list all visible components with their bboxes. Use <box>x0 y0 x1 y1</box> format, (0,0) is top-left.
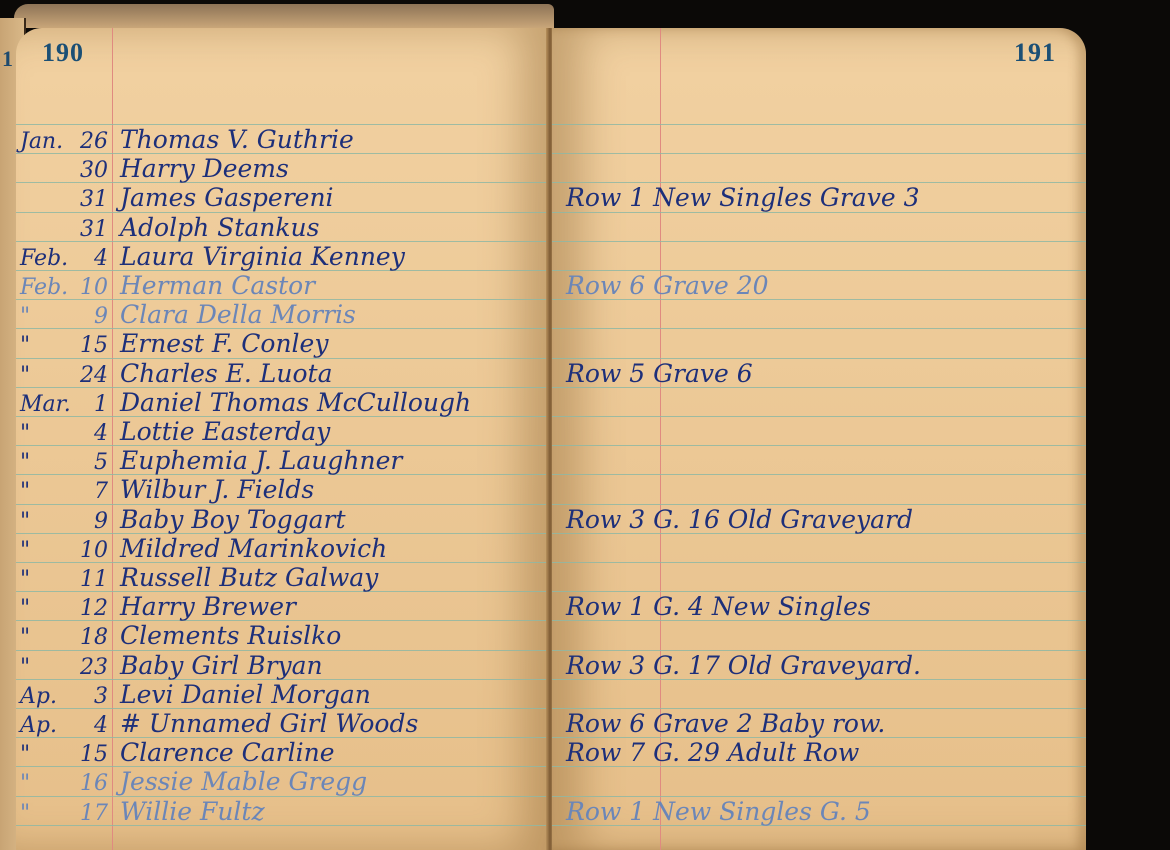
entry-name: Baby Girl Bryan <box>120 652 323 680</box>
ruled-line <box>552 416 1086 417</box>
entry-day: 9 <box>94 508 108 536</box>
entry-month: Mar. <box>20 391 71 419</box>
entry-name: Mildred Marinkovich <box>120 535 387 563</box>
entry-month: Ap. <box>20 712 57 740</box>
entry-name: Adolph Stankus <box>120 214 319 242</box>
entry-month: " <box>20 595 30 623</box>
grave-location-note: Row 7 G. 29 Adult Row <box>566 739 859 767</box>
entry-month: " <box>20 566 30 594</box>
entry-day: 9 <box>94 303 108 331</box>
entry-day: 24 <box>80 362 108 390</box>
entry-day: 7 <box>94 478 108 506</box>
entry-month: " <box>20 478 30 506</box>
grave-location-note: Row 1 New Singles Grave 3 <box>566 184 919 212</box>
grave-location-note: Row 3 G. 16 Old Graveyard <box>566 506 913 534</box>
grave-location-note: Row 5 Grave 6 <box>566 360 753 388</box>
entry-name: Thomas V. Guthrie <box>120 126 354 154</box>
entry-name: Laura Virginia Kenney <box>120 243 405 271</box>
ruled-line <box>552 241 1086 242</box>
entry-day: 10 <box>80 537 108 565</box>
entry-name: Clarence Carline <box>120 739 335 767</box>
entry-day: 3 <box>94 683 108 711</box>
entry-day: 5 <box>94 449 108 477</box>
grave-location-note: Row 6 Grave 20 <box>566 272 769 300</box>
ruled-line <box>552 562 1086 563</box>
entry-day: 30 <box>80 157 108 185</box>
entry-name: Wilbur J. Fields <box>120 476 314 504</box>
entry-month: " <box>20 537 30 565</box>
entry-month: " <box>20 654 30 682</box>
entry-day: 10 <box>80 274 108 302</box>
entry-day: 4 <box>94 712 108 740</box>
entry-day: 16 <box>80 770 108 798</box>
open-ledger-book: 1 190 Jan.26Thomas V. Guthrie30Harry Dee… <box>0 0 1170 850</box>
entry-name: Daniel Thomas McCullough <box>120 389 471 417</box>
entry-name: Ernest F. Conley <box>120 330 328 358</box>
entry-day: 15 <box>80 332 108 360</box>
entry-day: 4 <box>94 245 108 273</box>
ruled-line <box>552 328 1086 329</box>
grave-location-note: Row 6 Grave 2 Baby row. <box>566 710 885 738</box>
page-number-right: 191 <box>1014 38 1056 68</box>
entry-name: Clara Della Morris <box>120 301 356 329</box>
ruled-line <box>552 124 1086 125</box>
entry-name: Willie Fultz <box>120 798 265 826</box>
entry-name: Clements Ruislko <box>120 622 341 650</box>
entry-name: James Gaspereni <box>120 184 334 212</box>
entry-day: 15 <box>80 741 108 769</box>
entry-name: Russell Butz Galway <box>120 564 378 592</box>
entry-name: Harry Deems <box>120 155 289 183</box>
left-page: 190 Jan.26Thomas V. Guthrie30Harry Deems… <box>16 28 551 850</box>
entry-month: " <box>20 362 30 390</box>
entry-day: 26 <box>80 128 108 156</box>
entry-name: Euphemia J. Laughner <box>120 447 402 475</box>
entry-day: 4 <box>94 420 108 448</box>
entry-name: Herman Castor <box>120 272 315 300</box>
ruled-line <box>552 445 1086 446</box>
entry-day: 1 <box>94 391 108 419</box>
entry-day: 11 <box>80 566 108 594</box>
entry-month: " <box>20 624 30 652</box>
entry-day: 18 <box>80 624 108 652</box>
ruled-line <box>552 153 1086 154</box>
ruled-line <box>552 474 1086 475</box>
entry-name: Levi Daniel Morgan <box>120 681 371 709</box>
entry-name: Jessie Mable Gregg <box>120 768 367 796</box>
entry-month: Feb. <box>20 245 68 273</box>
entry-day: 12 <box>80 595 108 623</box>
entry-month: Feb. <box>20 274 68 302</box>
grave-location-note: Row 3 G. 17 Old Graveyard. <box>566 652 921 680</box>
book-top-edge <box>14 4 554 28</box>
entry-day: 31 <box>80 216 108 244</box>
entry-name: Charles E. Luota <box>120 360 333 388</box>
entry-month: " <box>20 420 30 448</box>
entry-month: " <box>20 770 30 798</box>
entry-day: 31 <box>80 186 108 214</box>
entry-month: " <box>20 303 30 331</box>
entry-month: " <box>20 800 30 828</box>
grave-location-note: Row 1 G. 4 New Singles <box>566 593 871 621</box>
page-number-left: 190 <box>42 38 84 68</box>
right-page: 191 Row 1 New Singles Grave 3Row 6 Grave… <box>552 28 1086 850</box>
entry-name: Harry Brewer <box>120 593 296 621</box>
entry-month: Jan. <box>20 128 63 156</box>
entry-month: " <box>20 449 30 477</box>
previous-page-number: 1 <box>2 46 13 72</box>
entry-day: 17 <box>80 800 108 828</box>
entry-name: Lottie Easterday <box>120 418 330 446</box>
entry-month: " <box>20 741 30 769</box>
entry-day: 23 <box>80 654 108 682</box>
entry-month: " <box>20 332 30 360</box>
margin-line <box>112 28 113 850</box>
entry-month: " <box>20 508 30 536</box>
entry-month: Ap. <box>20 683 57 711</box>
grave-location-note: Row 1 New Singles G. 5 <box>566 798 871 826</box>
entry-name: Baby Boy Toggart <box>120 506 346 534</box>
entry-name: # Unnamed Girl Woods <box>120 710 418 738</box>
